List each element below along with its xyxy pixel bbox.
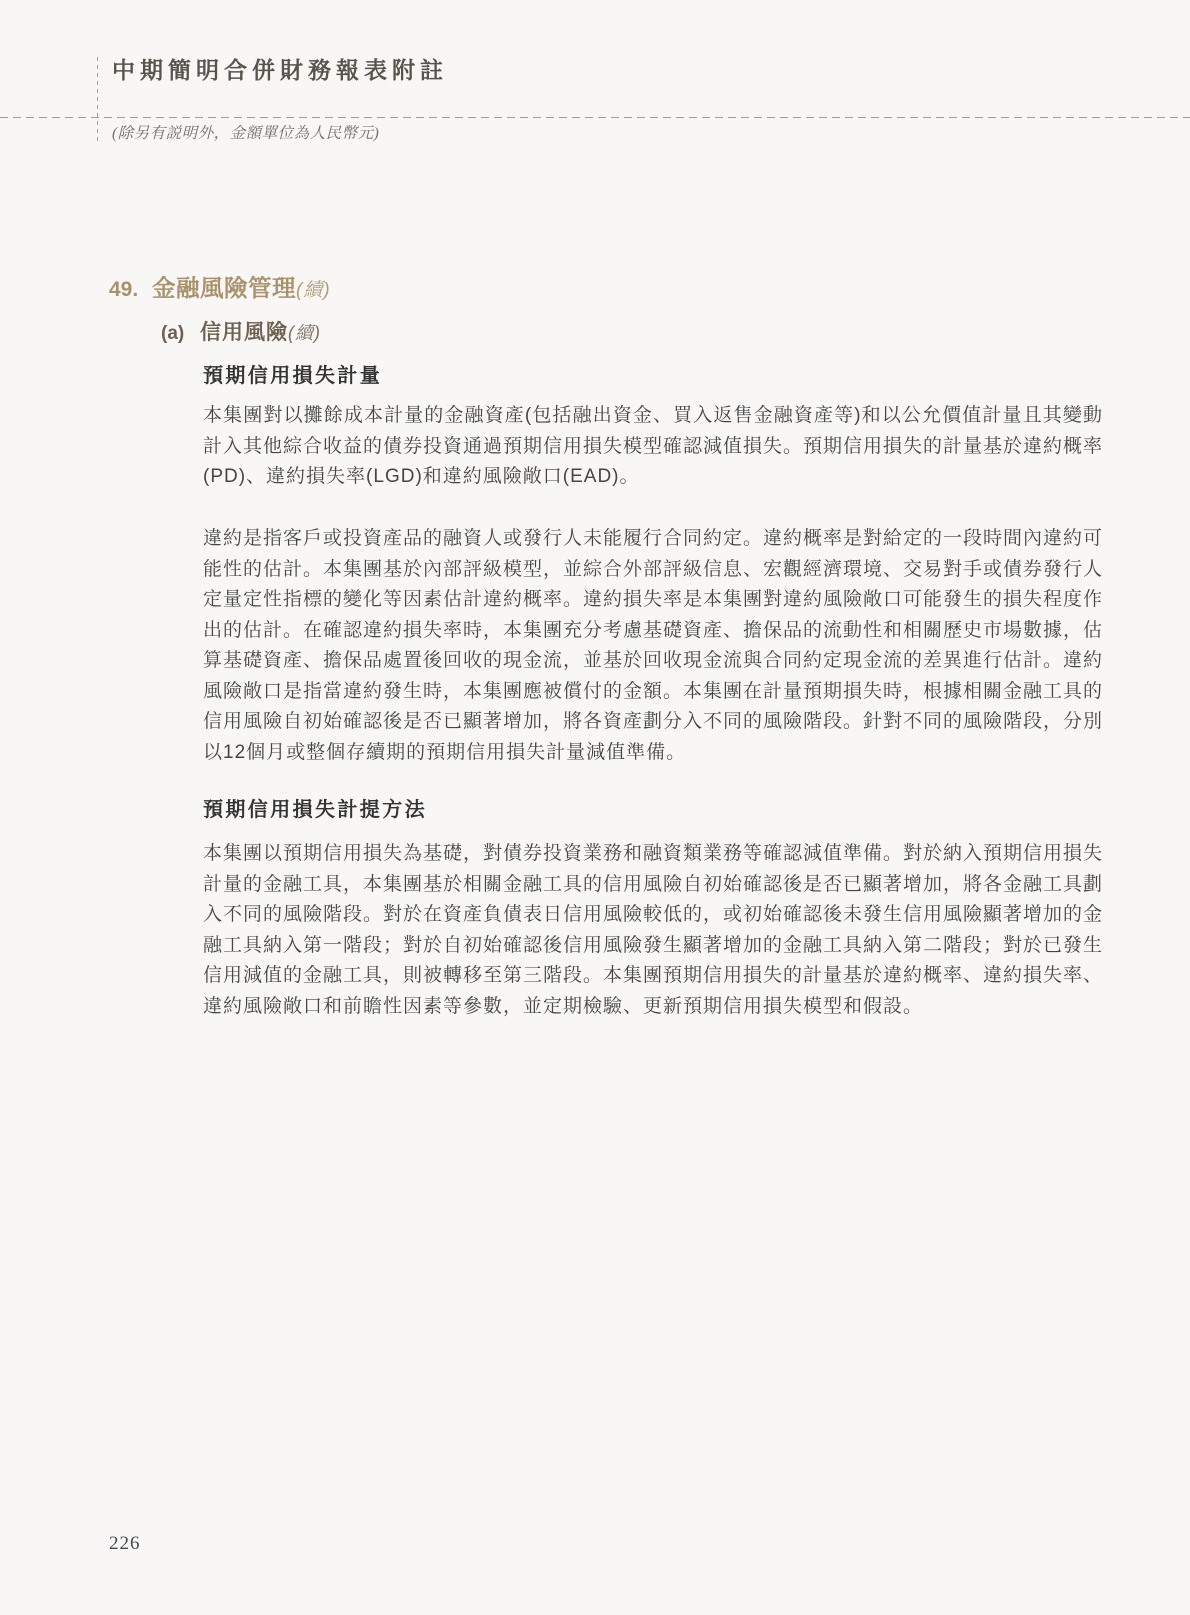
section-number: 49. <box>109 274 152 306</box>
header-vertical-dashed-rule <box>97 57 98 143</box>
subsection-heading: (a)信用風險(續) <box>161 318 321 350</box>
paragraph-ecl-provision-method-1: 本集團以預期信用損失為基礎，對債券投資業務和融資類業務等確認減值準備。對於納入預… <box>203 839 1103 1022</box>
section-title: 金融風險管理 <box>152 275 296 301</box>
page-number: 226 <box>109 1532 141 1556</box>
paragraph-ecl-measurement-1: 本集團對以攤餘成本計量的金融資產(包括融出資金、買入返售金融資產等)和以公允價值… <box>203 401 1103 493</box>
subsection-continued-marker: (續) <box>288 323 321 343</box>
heading-ecl-measurement: 預期信用損失計量 <box>203 362 1103 390</box>
section-heading: 49.金融風險管理(續) <box>109 272 331 308</box>
document-page: 中期簡明合併財務報表附註 (除另有説明外，金額單位為人民幣元) 49.金融風險管… <box>0 0 1190 1615</box>
heading-ecl-provision-method: 預期信用損失計提方法 <box>203 796 1103 824</box>
document-currency-note: (除另有説明外，金額單位為人民幣元) <box>112 122 379 146</box>
document-title: 中期簡明合併財務報表附註 <box>112 54 448 88</box>
subsection-label: (a) <box>161 319 200 349</box>
header-horizontal-dashed-rule <box>0 117 1190 118</box>
paragraph-ecl-measurement-2: 違約是指客戶或投資產品的融資人或發行人未能履行合同約定。違約概率是對給定的一段時… <box>203 524 1103 768</box>
subsection-title: 信用風險 <box>200 321 288 344</box>
section-continued-marker: (續) <box>296 280 331 301</box>
